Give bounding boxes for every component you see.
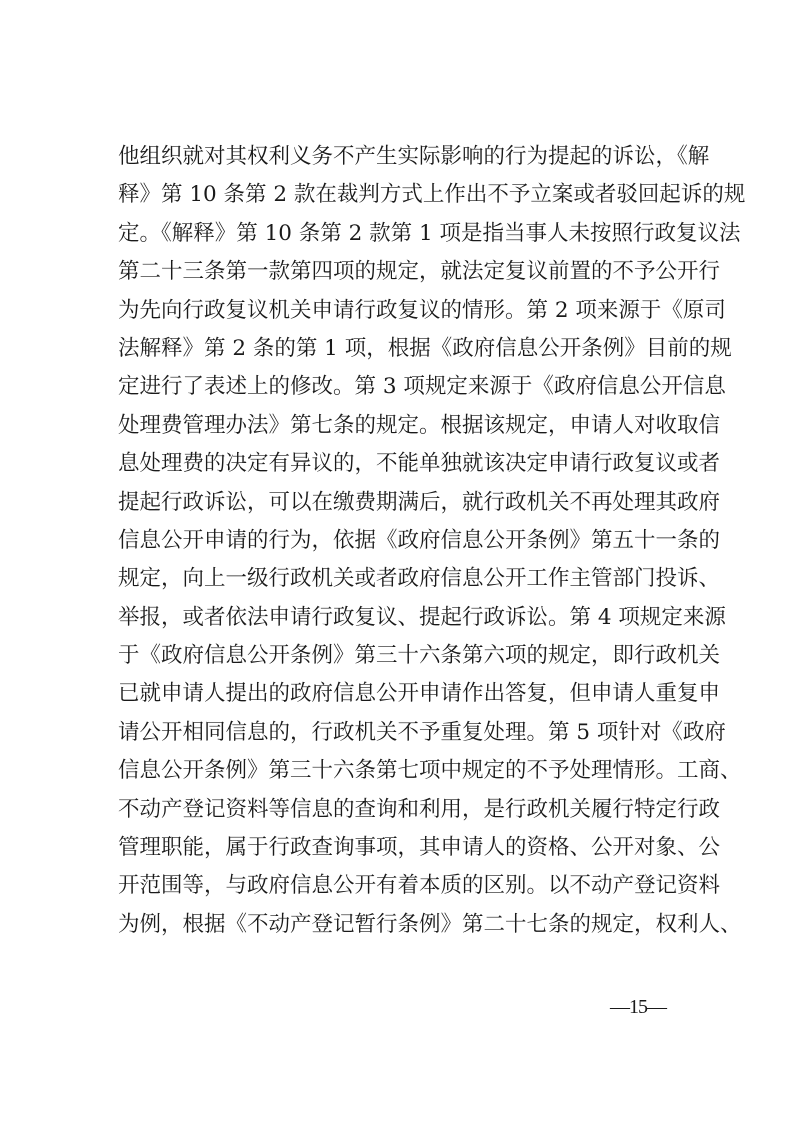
text-line: 已就申请人提出的政府信息公开申请作出答复，但申请人重复申	[118, 675, 674, 713]
text-line: 管理职能，属于行政查询事项，其申请人的资格、公开对象、公	[118, 829, 674, 867]
text-line: 于《政府信息公开条例》第三十六条第六项的规定，即行政机关	[118, 637, 674, 675]
text-line: 处理费管理办法》第七条的规定。根据该规定，申请人对收取信	[118, 407, 674, 445]
text-line: 信息公开条例》第三十六条第七项中规定的不予处理情形。工商、	[118, 752, 674, 790]
text-line: 不动产登记资料等信息的查询和利用，是行政机关履行特定行政	[118, 791, 674, 829]
text-line: 信息公开申请的行为，依据《政府信息公开条例》第五十一条的	[118, 522, 674, 560]
text-line: 规定，向上一级行政机关或者政府信息公开工作主管部门投诉、	[118, 560, 674, 598]
text-line: 举报，或者依法申请行政复议、提起行政诉讼。第 4 项规定来源	[118, 599, 674, 637]
text-line: 第二十三条第一款第四项的规定，就法定复议前置的不予公开行	[118, 253, 674, 291]
document-page: 他组织就对其权利义务不产生实际影响的行为提起的诉讼，《解 释》第 10 条第 2…	[0, 0, 793, 1122]
page-number: —15—	[610, 996, 666, 1019]
text-line: 定进行了表述上的修改。第 3 项规定来源于《政府信息公开信息	[118, 368, 674, 406]
text-line: 法解释》第 2 条的第 1 项，根据《政府信息公开条例》目前的规	[118, 330, 674, 368]
body-paragraph: 他组织就对其权利义务不产生实际影响的行为提起的诉讼，《解 释》第 10 条第 2…	[118, 138, 674, 944]
text-line: 释》第 10 条第 2 款在裁判方式上作出不予立案或者驳回起诉的规	[118, 176, 674, 214]
text-line: 开范围等，与政府信息公开有着本质的区别。以不动产登记资料	[118, 867, 674, 905]
text-line: 提起行政诉讼，可以在缴费期满后，就行政机关不再处理其政府	[118, 484, 674, 522]
text-line: 请公开相同信息的，行政机关不予重复处理。第 5 项针对《政府	[118, 714, 674, 752]
text-line: 他组织就对其权利义务不产生实际影响的行为提起的诉讼，《解	[118, 138, 674, 176]
text-line: 为例，根据《不动产登记暂行条例》第二十七条的规定，权利人、	[118, 906, 674, 944]
text-line: 定。《解释》第 10 条第 2 款第 1 项是指当事人未按照行政复议法	[118, 215, 674, 253]
text-line: 为先向行政复议机关申请行政复议的情形。第 2 项来源于《原司	[118, 292, 674, 330]
text-line: 息处理费的决定有异议的，不能单独就该决定申请行政复议或者	[118, 445, 674, 483]
